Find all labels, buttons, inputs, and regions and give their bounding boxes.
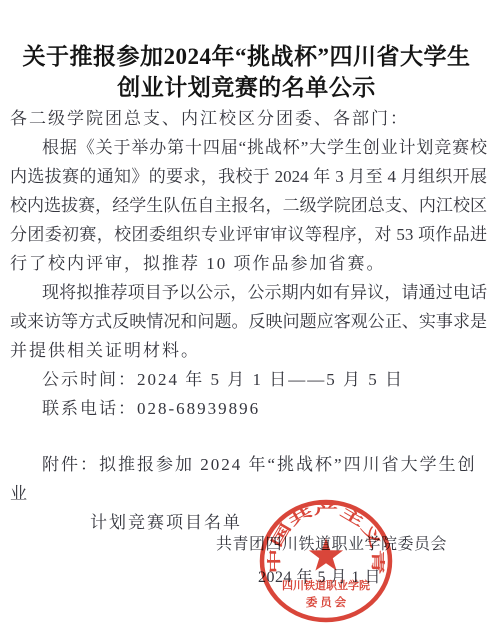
salutation-line: 各二级学院团总支、内江校区分团委、各部门：: [10, 104, 487, 133]
publicity-period-line: 公示时间：2024 年 5 月 1 日——5 月 5 日: [10, 365, 487, 394]
seal-committee-label: 委 员 会: [306, 595, 347, 609]
official-seal: 中国共产主义青年团 四川铁道职业学院 委 员 会: [259, 499, 393, 623]
seal-star-icon: [309, 538, 343, 571]
paragraph-1-line-2: 内选拔赛的通知》的要求，我校于 2024 年 3 月至 4 月组织开展: [10, 162, 487, 191]
paragraph-1-line-3: 校内选拔赛，经学生队伍自主报名，二级学院团总支、内江校区: [10, 191, 487, 220]
seal-org-name: 四川铁道职业学院: [282, 578, 370, 592]
attachment-line-1: 附件：拟推报参加 2024 年“挑战杯”四川省大学生创业: [10, 450, 487, 508]
paragraph-2-line-2: 或来访等方式反映情况和问题。反映问题应客观公正、实事求是: [10, 307, 487, 336]
document-body: 各二级学院团总支、内江校区分团委、各部门： 根据《关于举办第十四届“挑战杯”大学…: [10, 104, 487, 537]
paragraph-1-line-1: 根据《关于举办第十四届“挑战杯”大学生创业计划竞赛校: [10, 133, 487, 162]
contact-phone-line: 联系电话：028-68939896: [10, 394, 487, 423]
title-line-1: 关于推报参加2024年“挑战杯”四川省大学生: [0, 41, 493, 72]
paragraph-1-line-5: 行了校内评审，拟推荐 10 项作品参加省赛。: [10, 249, 487, 278]
paragraph-1-line-4: 分团委初赛，校团委组织专业评审审议等程序，对 53 项作品进: [10, 220, 487, 249]
paragraph-2-line-3: 并提供相关证明材料。: [10, 336, 487, 365]
title-line-2: 创业计划竞赛的名单公示: [0, 72, 493, 103]
document-title: 关于推报参加2024年“挑战杯”四川省大学生 创业计划竞赛的名单公示: [0, 15, 493, 103]
paragraph-2-line-1: 现将拟推荐项目予以公示，公示期内如有异议，请通过电话: [10, 278, 487, 307]
announcement-document: 关于推报参加2024年“挑战杯”四川省大学生 创业计划竞赛的名单公示 各二级学院…: [0, 0, 493, 633]
